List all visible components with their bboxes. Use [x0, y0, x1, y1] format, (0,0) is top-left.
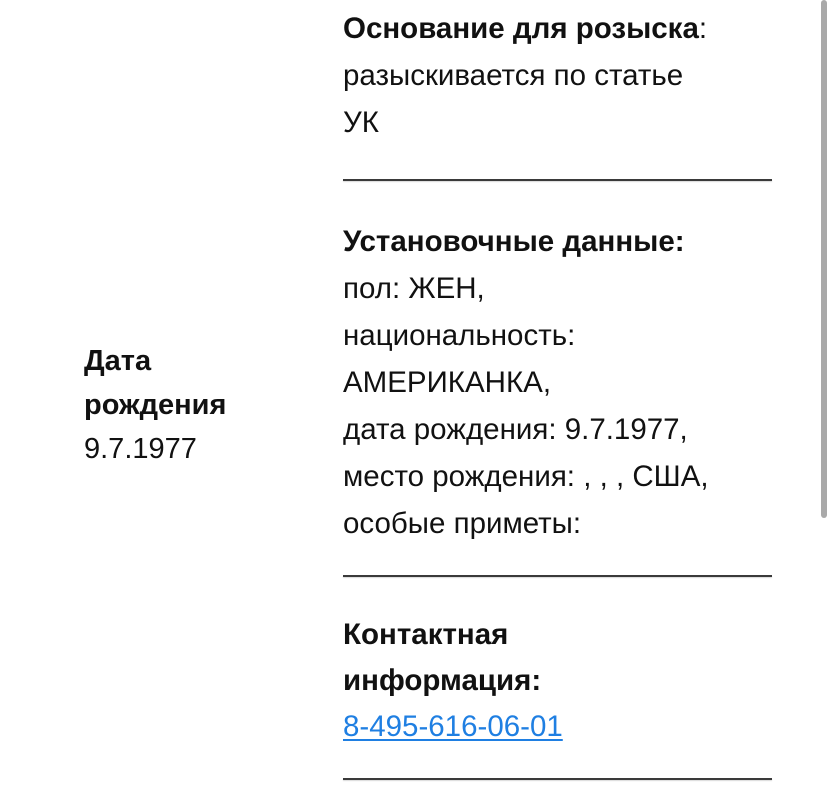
- search-reason-title: Основание для розыска: [343, 12, 699, 45]
- birth-date-label-line2: рождения: [84, 383, 314, 427]
- birth-date-label-line1: Дата: [84, 339, 314, 383]
- identification-nationality-value: АМЕРИКАНКА,: [343, 359, 772, 406]
- search-reason-value-line2: УК: [343, 99, 772, 146]
- identification-gender: пол: ЖЕН,: [343, 265, 772, 312]
- wanted-person-details-page: Дата рождения 9.7.1977 Основание для роз…: [0, 0, 833, 800]
- section-divider: [343, 778, 772, 780]
- contact-info-title-line2: информация:: [343, 658, 772, 704]
- identification-birth-place: место рождения: , , , США,: [343, 453, 772, 500]
- contact-info-title-line1: Контактная: [343, 612, 772, 658]
- identification-birth-date: дата рождения: 9.7.1977,: [343, 406, 772, 453]
- vertical-scrollbar[interactable]: [821, 0, 827, 518]
- birth-date-value: 9.7.1977: [84, 427, 314, 471]
- contact-info-block: Контактная информация: 8-495-616-06-01: [343, 612, 772, 750]
- identification-nationality-label: национальность:: [343, 312, 772, 359]
- section-divider: [343, 575, 772, 577]
- search-reason-block: Основание для розыска: разыскивается по …: [343, 5, 772, 146]
- contact-phone-link[interactable]: 8-495-616-06-01: [343, 710, 563, 743]
- section-divider: [343, 179, 772, 181]
- birth-date-summary: Дата рождения 9.7.1977: [84, 339, 314, 471]
- search-reason-heading: Основание для розыска:: [343, 5, 772, 52]
- search-reason-colon: :: [699, 12, 707, 45]
- identification-special-marks: особые приметы:: [343, 500, 772, 547]
- identification-data-title: Установочные данные:: [343, 218, 772, 265]
- identification-data-block: Установочные данные: пол: ЖЕН, националь…: [343, 218, 772, 547]
- search-reason-value-line1: разыскивается по статье: [343, 52, 772, 99]
